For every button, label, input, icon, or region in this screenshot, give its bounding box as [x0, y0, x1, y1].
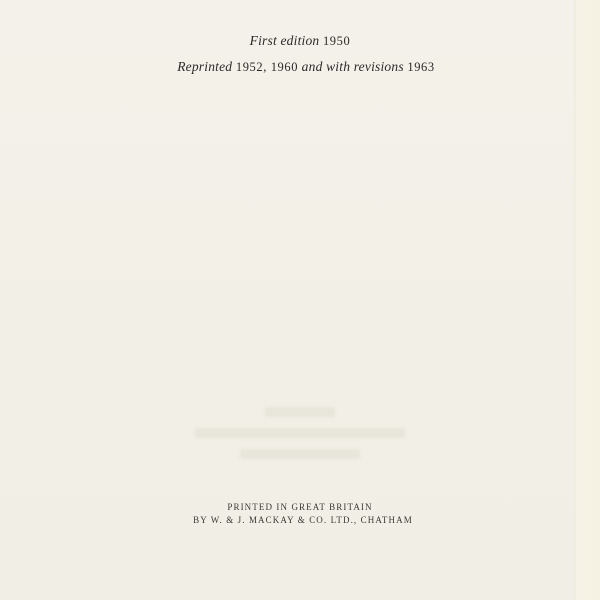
- first-edition-label: First edition: [250, 33, 320, 48]
- reprinted-years: 1952, 1960: [236, 60, 298, 74]
- revisions-label: and with revisions: [302, 59, 404, 74]
- first-edition-line: First edition 1950: [0, 28, 600, 54]
- edition-notice: First edition 1950 Reprinted 1952, 1960 …: [0, 28, 600, 80]
- first-edition-year: 1950: [323, 34, 350, 48]
- printer-name-line: by W. & J. Mackay & Co. Ltd., Chatham: [0, 514, 600, 527]
- book-page: First edition 1950 Reprinted 1952, 1960 …: [0, 0, 600, 600]
- printer-imprint: Printed in Great Britain by W. & J. Mack…: [0, 501, 600, 527]
- revisions-year: 1963: [407, 60, 434, 74]
- reprinted-label: Reprinted: [177, 59, 232, 74]
- show-through-text: [0, 402, 600, 465]
- printed-in-line: Printed in Great Britain: [0, 501, 600, 514]
- reprint-line: Reprinted 1952, 1960 and with revisions …: [0, 54, 600, 80]
